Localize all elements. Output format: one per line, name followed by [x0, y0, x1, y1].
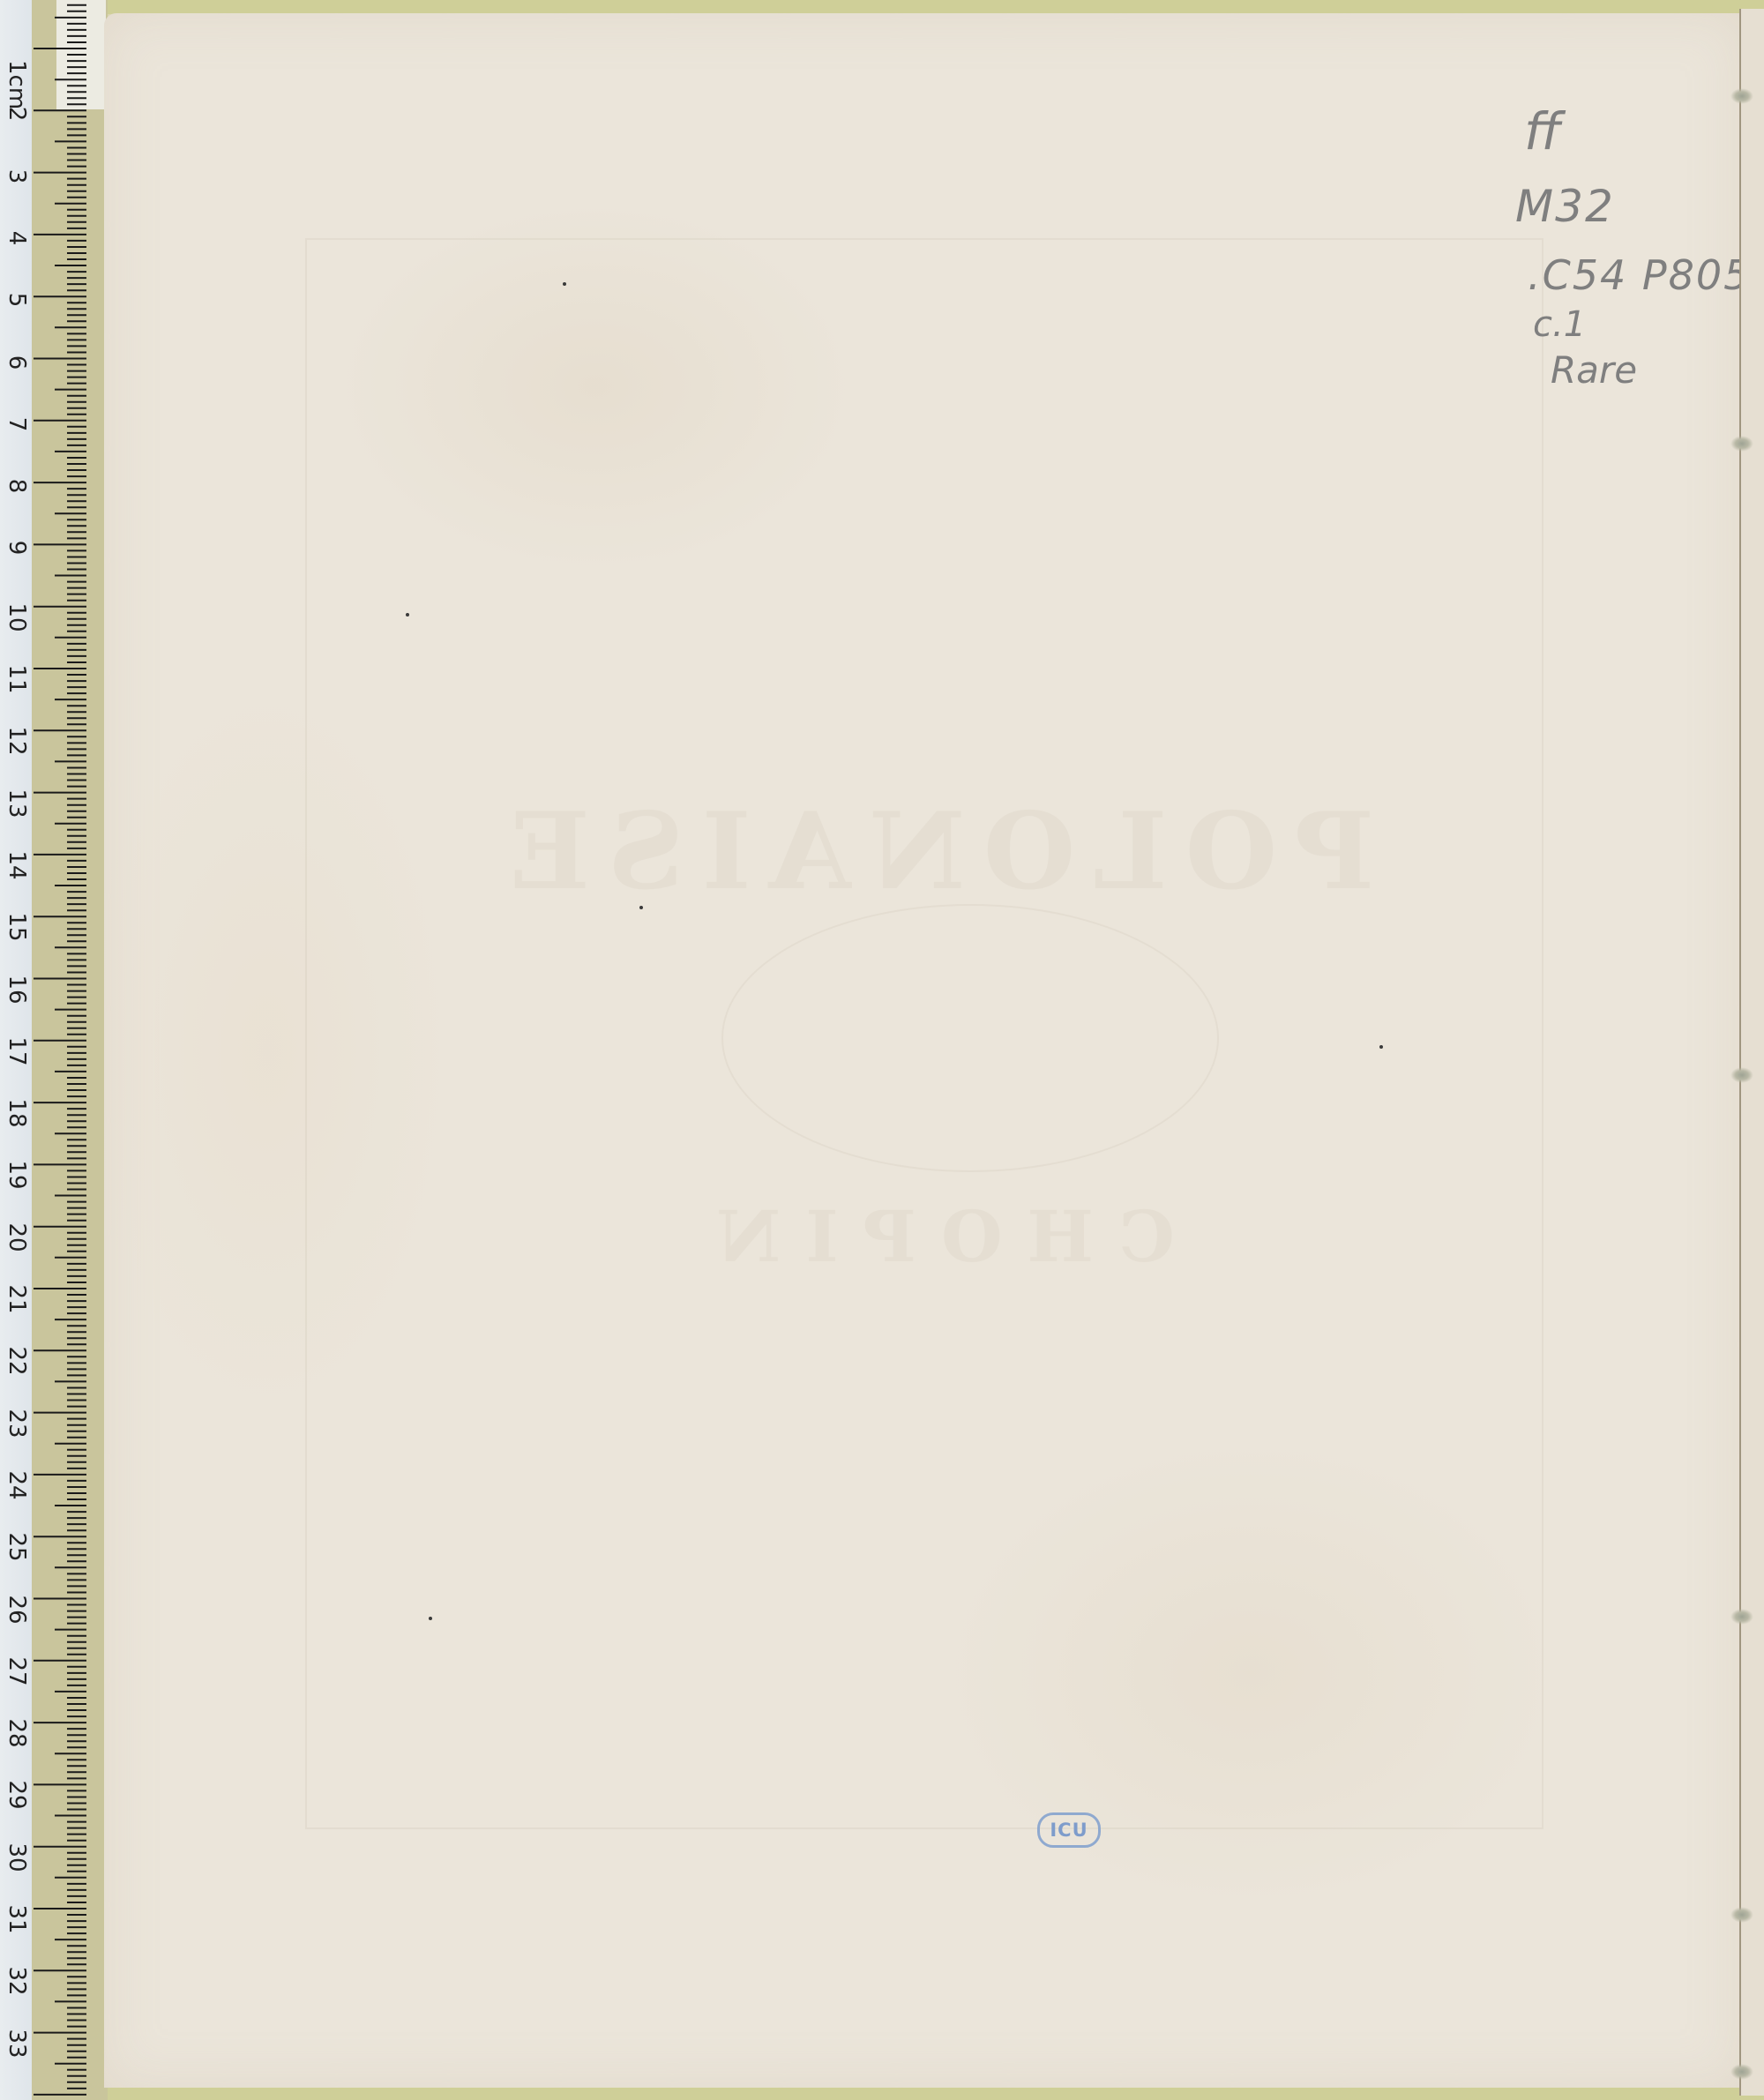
- ruler-mark-label: 16: [5, 975, 28, 1005]
- ruler-mark-label: 5: [5, 285, 28, 315]
- ruler-mark-label: 13: [5, 788, 28, 818]
- binding-stitch: [1730, 1067, 1753, 1083]
- ruler-mark-label: 3: [5, 161, 28, 191]
- ruler-mark-label: 12: [5, 726, 28, 756]
- ruler-mark-label: 18: [5, 1098, 28, 1128]
- show-through-oval: [721, 904, 1219, 1172]
- binding-stitch: [1730, 436, 1753, 452]
- ruler-unit-label: 1cm: [5, 60, 28, 90]
- binding-stitch: [1730, 88, 1753, 104]
- scanner-backdrop-top: [0, 0, 1764, 14]
- call-number-line-1: ff: [1524, 101, 1561, 161]
- document-page: POLONAISE CHOPIN ff M32 .C54 P8054 c.1 R…: [104, 13, 1743, 2088]
- binding-stitch: [1730, 2064, 1753, 2080]
- binding-stitch: [1730, 1907, 1753, 1923]
- ruler-mark-label: 15: [5, 912, 28, 942]
- paper-speck: [1379, 1045, 1383, 1049]
- ruler-mark-label: 33: [5, 2029, 28, 2059]
- paper-speck: [563, 282, 566, 286]
- ruler-mark-label: 30: [5, 1842, 28, 1872]
- call-number-line-2: M32: [1515, 181, 1615, 232]
- call-number-line-5: Rare: [1551, 348, 1637, 392]
- ruler-mark-label: 24: [5, 1470, 28, 1500]
- ruler-mark-label: 11: [5, 664, 28, 694]
- scanner-backdrop-bottom: [0, 2086, 1764, 2100]
- ruler-mark-label: 10: [5, 602, 28, 632]
- ruler-mark-label: 2: [5, 99, 28, 129]
- ruler-mark-label: 19: [5, 1160, 28, 1190]
- ruler-mark-label: 32: [5, 1966, 28, 1996]
- call-number-line-3: .C54 P8054: [1528, 251, 1764, 299]
- ruler-mark-label: 14: [5, 850, 28, 880]
- binding-stitch: [1730, 1609, 1753, 1625]
- paper-speck: [406, 613, 409, 617]
- ruler-mark-label: 22: [5, 1346, 28, 1376]
- ruler-mark-label: 28: [5, 1718, 28, 1748]
- ruler-mark-label: 27: [5, 1656, 28, 1686]
- ruler-mark-label: 21: [5, 1284, 28, 1314]
- paper-speck: [429, 1617, 432, 1620]
- ruler-ticks: [32, 0, 108, 2100]
- ruler-mark-label: 7: [5, 409, 28, 439]
- ruler-mark-label: 31: [5, 1904, 28, 1934]
- show-through-title: POLONAISE: [316, 789, 1551, 914]
- paper-speck: [639, 906, 643, 909]
- adjacent-page-edge: [1739, 9, 1764, 2096]
- ruler-mark-label: 17: [5, 1036, 28, 1066]
- ruler-mark-label: 9: [5, 533, 28, 563]
- ruler-mark-label: 4: [5, 223, 28, 253]
- library-stamp: ICU: [1037, 1812, 1101, 1848]
- call-number-line-4: c.1: [1533, 304, 1586, 345]
- ruler-mark-label: 23: [5, 1409, 28, 1439]
- ruler-mark-label: 26: [5, 1595, 28, 1625]
- ruler-mark-label: 6: [5, 348, 28, 377]
- show-through-composer: CHOPIN: [316, 1195, 1551, 1278]
- ruler-mark-label: 20: [5, 1222, 28, 1252]
- ruler-mark-label: 8: [5, 471, 28, 501]
- ruler-mark-label: 25: [5, 1532, 28, 1562]
- ruler-mark-label: 29: [5, 1780, 28, 1810]
